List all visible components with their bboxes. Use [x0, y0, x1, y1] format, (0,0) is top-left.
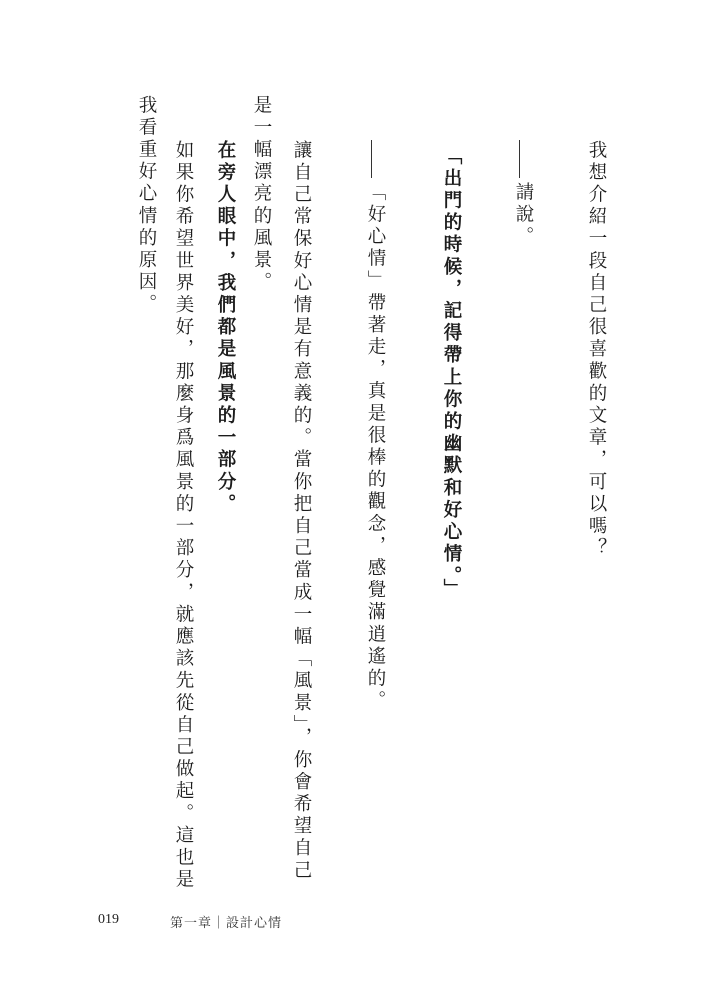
paragraph-column-4: 「好心情」帶著走，真是很棒的觀念，感覺滿逍遙的。	[360, 182, 384, 712]
page-number: 019	[98, 912, 119, 928]
paragraph-column-1: 我想介紹一段自己很喜歡的文章，可以嗎？	[581, 140, 605, 560]
paragraph-column-6: 是一幅漂亮的風景。	[246, 95, 270, 294]
quote-column-bold: 「出門的時候，記得帶上你的幽默和好心情。」	[436, 146, 460, 601]
paragraph-column-5: 讓自己常保好心情是有意義的。當你把自己當成一幅「風景」，你會希望自己	[286, 140, 310, 882]
em-dash-mark	[371, 140, 372, 178]
em-dash-mark	[519, 140, 520, 178]
emphasis-column-bold: 在旁人眼中，我們都是風景的一部分。	[210, 140, 234, 516]
chapter-running-header: 第一章｜設計心情	[170, 912, 282, 931]
paragraph-column-8: 如果你希望世界美好，那麼身爲風景的一部分，就應該先從自己做起。這也是	[168, 140, 192, 891]
paragraph-column-9: 我看重好心情的原因。	[131, 95, 155, 316]
paragraph-column-2: 請說。	[508, 182, 532, 248]
